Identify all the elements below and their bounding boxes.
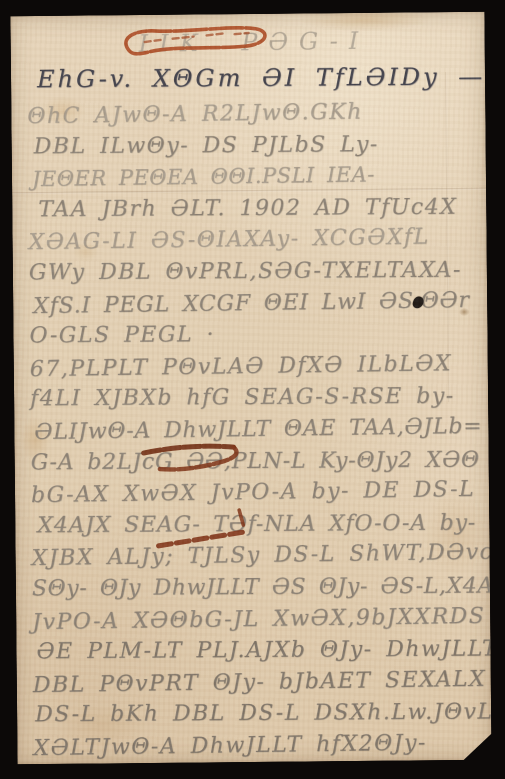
manuscript-line: ΘhC AJwΘ-A R2LJwΘ.GKh	[27, 95, 479, 133]
manuscript-line: SΘy- ΘJy DhwJLLT ƏS ΘJy- ƏS-L,X4AƏ	[32, 570, 484, 604]
manuscript-line: X4AJX SEAG- TƏf-NLA XfO-O-A by-	[37, 507, 483, 541]
manuscript-line: 67,PLPLT PΘvLAƏ DfXƏ ILbLƏX	[30, 348, 482, 386]
manuscript-line: JvPO-A XƏΘbG-JL XwƏX,9bJXXRDS	[32, 600, 484, 638]
manuscript-line: DBL PΘvPRT ΘJy- bJbAET SEXALX	[33, 663, 485, 701]
manuscript-line: bG-AX XwƏX JvPO-A by- DE DS-L	[31, 474, 483, 512]
manuscript-line: EhG-v. XΘGm ƏI TfLƏIDy —	[37, 57, 479, 100]
manuscript-line: TAA JBrh ƏLT. 1902 AD TfUc4X	[38, 191, 480, 225]
manuscript-paper: IIK PƏG-IEhG-v. XΘGm ƏI TfLƏIDy —ΘhC AJw…	[10, 12, 491, 765]
manuscript-line: XJBX ALJy; TJLSy DS-L ShWT,DƏvc	[31, 537, 483, 575]
manuscript-line: G-A b2LJcG ƏƏ,PLN-L Ky-ΘJy2 XƏΘ	[31, 444, 483, 478]
manuscript-line: GWy DBL ΘvPRL,SƏG-TXELTAXA-	[29, 255, 481, 289]
manuscript-line: O-GLS PEGL ·	[29, 318, 481, 352]
manuscript-line: XƏAG-LI ƏS-ΘIAXAy- XCGƏXfL	[28, 221, 480, 259]
manuscript-line: DBL ILwΘy- DS PJLbS Ly-	[34, 128, 480, 162]
manuscript-line: ƏE PLM-LT PLJ.AJXb ΘJy- DhwJLLT	[36, 634, 484, 668]
manuscript-line: XƏLTJwΘ-A DhwJLLT hfX2ΘJy-	[33, 727, 485, 765]
manuscript-line: JEΘER PEΘEA ΘΘI.PSLI IEA-	[32, 158, 480, 196]
manuscript-line: ƏLIJwΘ-A DhwJLLT ΘAE TAA,ƏJLb=	[34, 411, 482, 449]
manuscript-line: DS-L bKh DBL DS-L DSXh.Lw.JΘvLf	[35, 697, 485, 731]
manuscript-text: IIK PƏG-IEhG-v. XΘGm ƏI TfLƏIDy —ΘhC AJw…	[26, 20, 485, 764]
manuscript-line: IIK PƏG-I	[138, 19, 478, 60]
manuscript-line: f4LI XJBXb hfG SEAG-S-RSE by-	[30, 381, 482, 415]
